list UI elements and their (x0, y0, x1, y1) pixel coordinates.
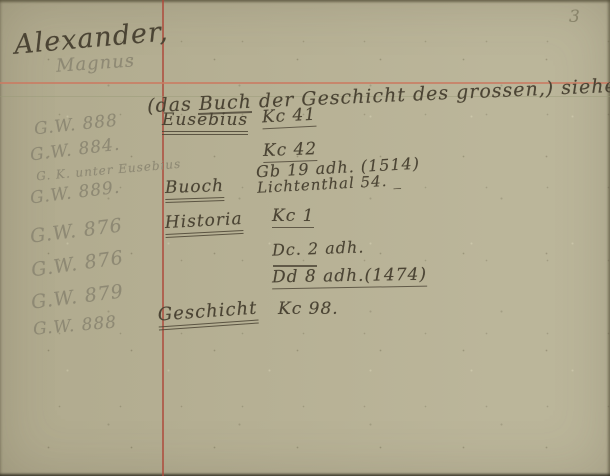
shelfmark: G.W. 876 (29, 215, 124, 247)
page-number: 3 (569, 8, 581, 27)
heading-epithet: Magnus (55, 51, 135, 76)
red-vertical-rule (162, 0, 164, 476)
catalog-card-paper: 3 Alexander, Magnus (das Buch der Geschi… (0, 0, 610, 476)
work-title: Buoch (165, 177, 225, 203)
shelfmark: G.W. 888 (32, 313, 117, 339)
shelfmark: G.W. 888 (33, 112, 119, 139)
shelfmark: G.W. 884. (29, 136, 121, 166)
call-number: Dc. 2 adh. (272, 238, 365, 259)
shelfmark: G.W. 889. (29, 179, 121, 209)
shelfmark: G.W. 876 (30, 248, 125, 282)
call-number: Dd 8 adh.(1474) (272, 266, 427, 289)
call-number: Kc 41 (261, 106, 316, 129)
macron-stroke-dd (273, 265, 317, 267)
work-title: Historia (164, 210, 243, 238)
work-title: Geschicht (157, 299, 258, 331)
call-number: Kc 1 (272, 207, 314, 228)
work-title: Eusebius (162, 111, 248, 135)
scanned-catalog-card-view: 3 Alexander, Magnus (das Buch der Geschi… (0, 0, 610, 476)
call-number: Kc 98. (278, 300, 339, 319)
shelfmark: G.W. 879 (30, 281, 125, 313)
